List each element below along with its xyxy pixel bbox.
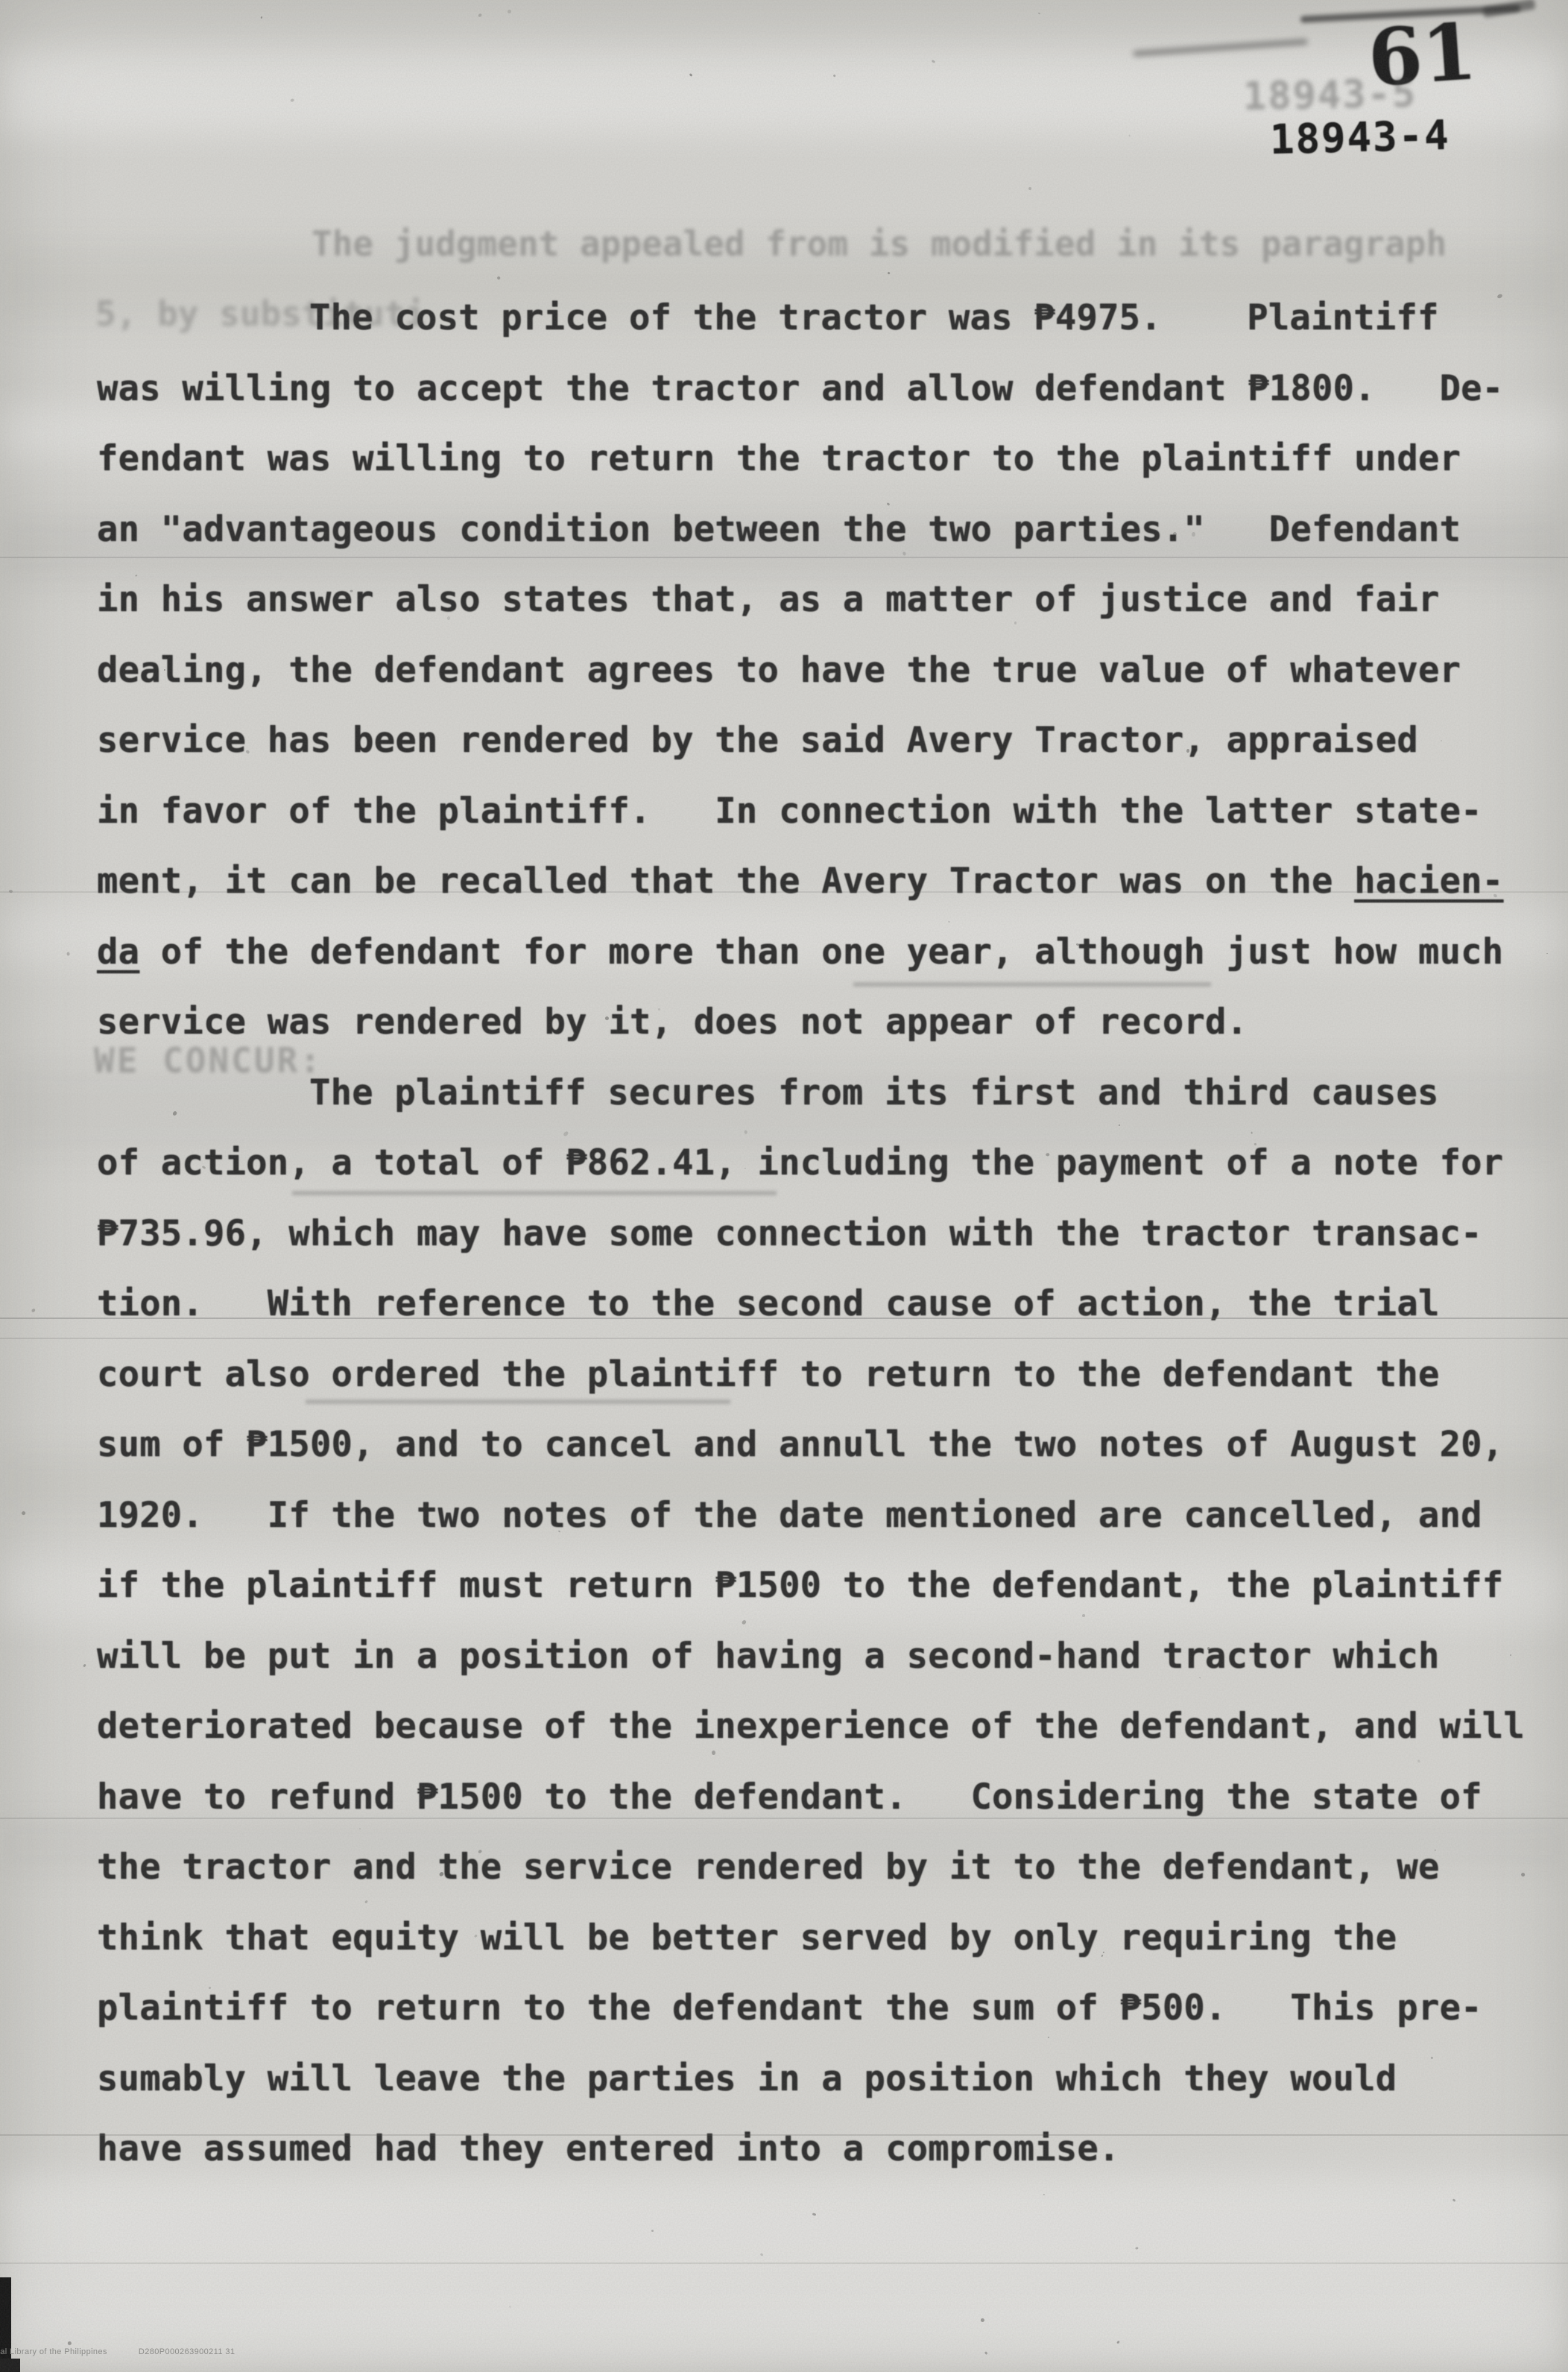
text-line: 1920. If the two notes of the date menti… bbox=[97, 1481, 1513, 1552]
text-line: The cost price of the tractor was ₱4975.… bbox=[97, 283, 1513, 354]
pencil-smudge-underline bbox=[853, 982, 1211, 987]
paper-speck bbox=[980, 2318, 984, 2322]
text-line: sum of ₱1500, and to cancel and annull t… bbox=[97, 1410, 1513, 1481]
text-segment: have assumed had they entered into a com… bbox=[97, 2128, 1120, 2169]
text-segment: service has been rendered by the said Av… bbox=[97, 720, 1418, 761]
ink-scribble bbox=[1133, 39, 1308, 57]
text-segment: 1920. If the two notes of the date menti… bbox=[97, 1495, 1482, 1536]
barcode-id: D280P000263900211 31 bbox=[139, 2347, 235, 2356]
text-line: the tractor and the service rendered by … bbox=[97, 1832, 1513, 1903]
paper-speck bbox=[812, 2213, 817, 2216]
text-line: da of the defendant for more than one ye… bbox=[97, 917, 1513, 988]
underlined-text: da bbox=[97, 932, 139, 972]
scan-artifact-line bbox=[0, 2262, 1568, 2264]
document-body: The cost price of the tractor was ₱4975.… bbox=[97, 283, 1513, 2185]
paper-speck bbox=[496, 276, 501, 280]
paper-speck bbox=[1116, 2341, 1120, 2344]
text-line: dealing, the defendant agrees to have th… bbox=[97, 636, 1513, 706]
paper-speck bbox=[31, 1308, 36, 1312]
text-segment: of the defendant for more than one year,… bbox=[139, 932, 1503, 972]
binding-strip bbox=[0, 2277, 11, 2372]
ink-scribble bbox=[1482, 0, 1535, 18]
text-line: an "advantageous condition between the t… bbox=[97, 495, 1513, 566]
paper-speck bbox=[1546, 953, 1548, 955]
text-line: ₱735.96, which may have some connection … bbox=[97, 1199, 1513, 1270]
binding-strip bbox=[0, 2359, 20, 2372]
text-segment: an "advantageous condition between the t… bbox=[97, 509, 1461, 550]
text-segment: will be put in a position of having a se… bbox=[97, 1636, 1440, 1677]
text-line: service was rendered by it, does not app… bbox=[97, 987, 1513, 1058]
text-segment: have to refund ₱1500 to the defendant. C… bbox=[97, 1777, 1482, 1818]
text-segment: plaintiff to return to the defendant the… bbox=[97, 1987, 1482, 2028]
text-line: deteriorated because of the inexperience… bbox=[97, 1692, 1513, 1762]
text-segment: dealing, the defendant agrees to have th… bbox=[97, 650, 1461, 691]
text-segment: sumably will leave the parties in a posi… bbox=[97, 2058, 1397, 2099]
pencil-smudge-underline bbox=[306, 1400, 730, 1404]
text-line: The plaintiff secures from its first and… bbox=[97, 1058, 1513, 1129]
underlined-text: hacien- bbox=[1354, 861, 1503, 902]
text-segment: the tractor and the service rendered by … bbox=[97, 1847, 1440, 1888]
text-segment: court also ordered the plaintiff to retu… bbox=[97, 1354, 1440, 1395]
text-line: service has been rendered by the said Av… bbox=[97, 706, 1513, 777]
text-segment: was willing to accept the tractor and al… bbox=[97, 368, 1503, 409]
text-segment: tion. With reference to the second cause… bbox=[97, 1283, 1440, 1324]
paper-speck bbox=[67, 2341, 72, 2345]
paper-speck bbox=[290, 98, 294, 103]
text-line: ment, it can be recalled that the Avery … bbox=[97, 847, 1513, 917]
paper-speck bbox=[21, 1511, 26, 1516]
paper-speck bbox=[478, 13, 483, 17]
text-segment: in his answer also states that, as a mat… bbox=[97, 579, 1440, 620]
case-number: 18943-4 bbox=[1269, 116, 1450, 160]
paper-speck bbox=[689, 73, 692, 77]
paper-speck bbox=[508, 10, 511, 13]
paper-streak bbox=[0, 2280, 1568, 2370]
text-segment: if the plaintiff must return ₱1500 to th… bbox=[97, 1565, 1503, 1606]
text-line: in favor of the plaintiff. In connection… bbox=[97, 777, 1513, 847]
paper-speck bbox=[1520, 1873, 1525, 1877]
paper-speck bbox=[1452, 2198, 1455, 2202]
text-line: was willing to accept the tractor and al… bbox=[97, 354, 1513, 425]
pencil-smudge-underline bbox=[292, 1191, 777, 1195]
text-line: have assumed had they entered into a com… bbox=[97, 2114, 1513, 2185]
text-segment: The plaintiff secures from its first and… bbox=[309, 1072, 1439, 1113]
paper-speck bbox=[9, 890, 13, 893]
paper-speck bbox=[1128, 134, 1131, 136]
paper-speck bbox=[887, 271, 890, 274]
paper-speck bbox=[932, 60, 936, 63]
text-line: will be put in a position of having a se… bbox=[97, 1622, 1513, 1692]
text-line: think that equity will be better served … bbox=[97, 1903, 1513, 1974]
text-line: if the plaintiff must return ₱1500 to th… bbox=[97, 1551, 1513, 1622]
text-line: in his answer also states that, as a mat… bbox=[97, 565, 1513, 636]
paper-speck bbox=[833, 75, 836, 78]
library-mark: National Library of the Philippines bbox=[0, 2347, 107, 2356]
library-footer: National Library of the PhilippinesD280P… bbox=[0, 2347, 235, 2356]
text-segment: service was rendered by it, does not app… bbox=[97, 1002, 1248, 1043]
text-line: have to refund ₱1500 to the defendant. C… bbox=[97, 1762, 1513, 1833]
paper-speck bbox=[509, 2306, 510, 2308]
paper-speck bbox=[83, 1664, 86, 1668]
text-segment: of action, a total of ₱862.41, including… bbox=[97, 1142, 1503, 1183]
paper-speck bbox=[66, 952, 70, 955]
paper-speck bbox=[1043, 2194, 1045, 2195]
text-line: sumably will leave the parties in a posi… bbox=[97, 2044, 1513, 2115]
text-segment: The cost price of the tractor was ₱4975.… bbox=[309, 297, 1439, 338]
text-line: fendant was willing to return the tracto… bbox=[97, 424, 1513, 495]
ghost-text-judgment: The judgment appealed from is modified i… bbox=[312, 224, 1447, 265]
paper-speck bbox=[759, 2253, 763, 2256]
text-line: plaintiff to return to the defendant the… bbox=[97, 1973, 1513, 2044]
text-segment: ment, it can be recalled that the Avery … bbox=[97, 861, 1354, 902]
text-segment: in favor of the plaintiff. In connection… bbox=[97, 791, 1482, 832]
text-segment: ₱735.96, which may have some connection … bbox=[97, 1213, 1482, 1254]
scanned-document-page: 61 18943-5 18943-4 The judgment appealed… bbox=[0, 0, 1568, 2372]
text-segment: think that equity will be better served … bbox=[97, 1917, 1397, 1958]
text-line: tion. With reference to the second cause… bbox=[97, 1269, 1513, 1340]
paper-speck bbox=[1135, 2247, 1138, 2250]
paper-speck bbox=[651, 2230, 654, 2232]
paper-speck bbox=[261, 16, 263, 19]
text-segment: fendant was willing to return the tracto… bbox=[97, 438, 1461, 479]
text-line: of action, a total of ₱862.41, including… bbox=[97, 1128, 1513, 1199]
paper-speck bbox=[1028, 186, 1031, 190]
paper-streak bbox=[0, 2176, 1568, 2280]
paper-speck bbox=[1038, 12, 1041, 14]
paper-speck bbox=[984, 2351, 988, 2355]
text-segment: deteriorated because of the inexperience… bbox=[97, 1706, 1525, 1747]
case-number-ghost: 18943-5 bbox=[1243, 75, 1417, 116]
text-segment: sum of ₱1500, and to cancel and annull t… bbox=[97, 1424, 1503, 1465]
